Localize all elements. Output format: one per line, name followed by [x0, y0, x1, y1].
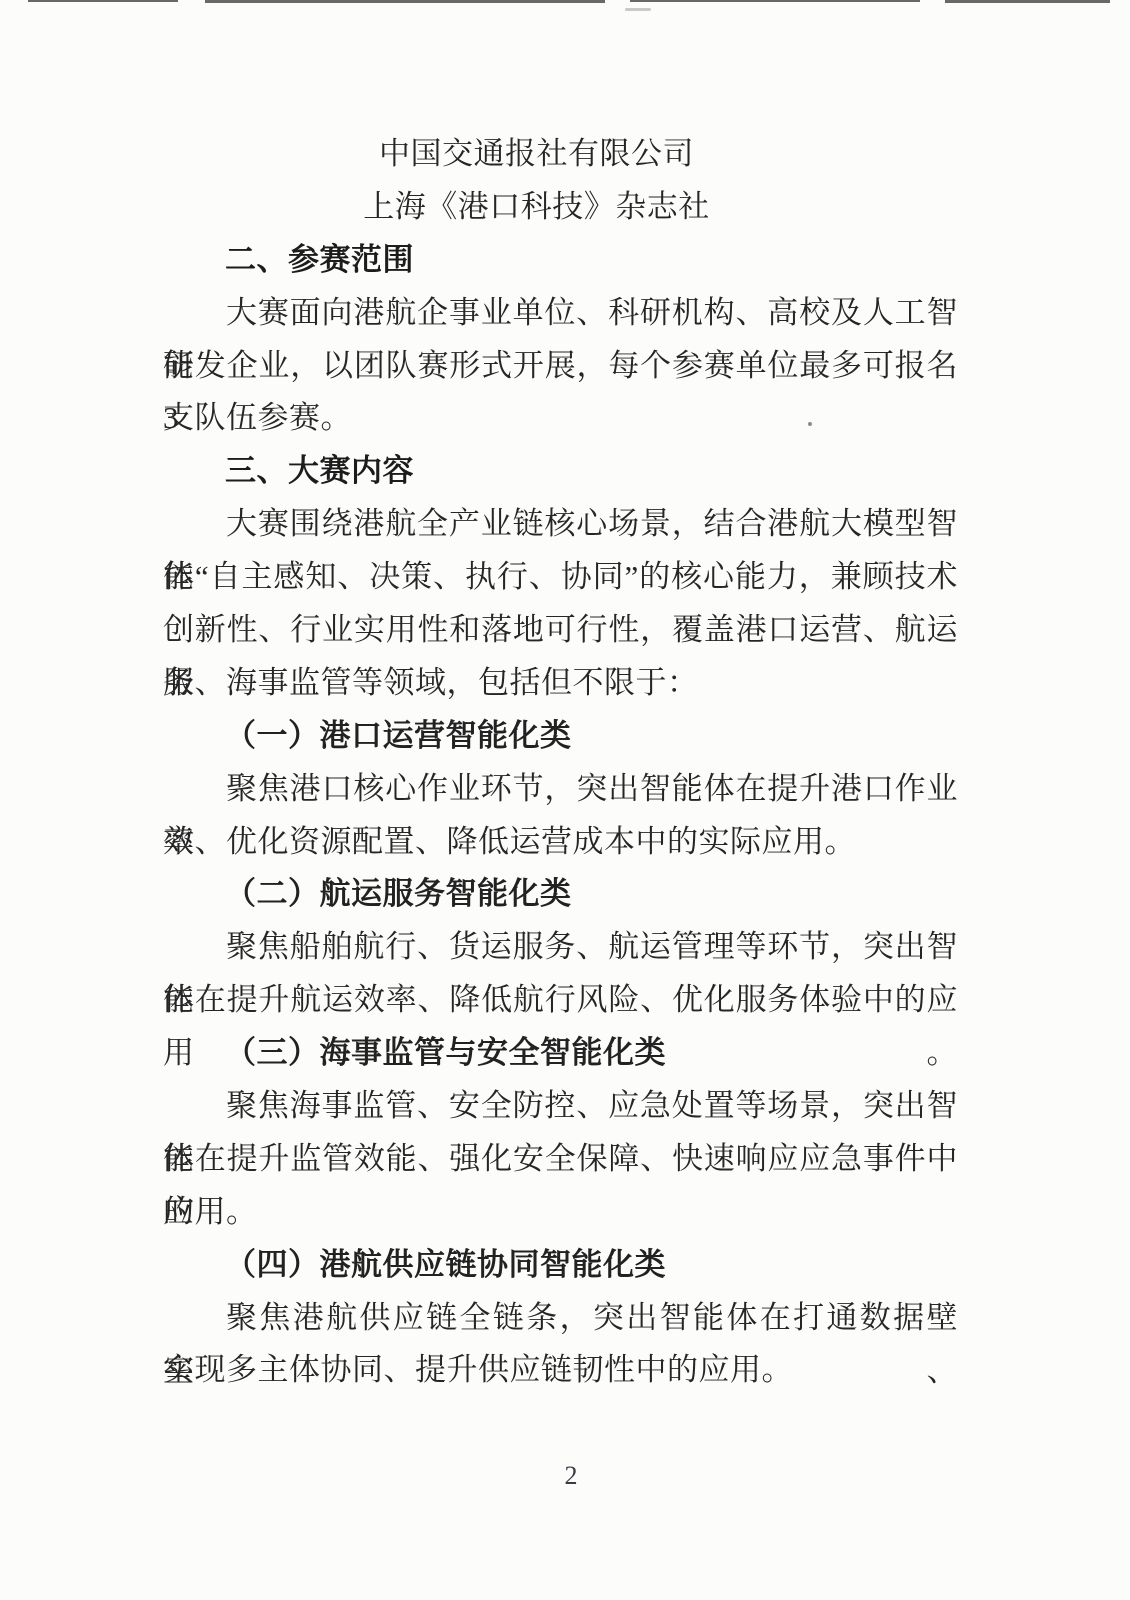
document-body: 中国交通报社有限公司上海《港口科技》杂志社二、参赛范围大赛面向港航企事业单位、科…	[163, 128, 958, 1397]
body-line: 体在提升航运效率、降低航行风险、优化服务体验中的应用。	[163, 974, 958, 1027]
sub-heading: （二）航运服务智能化类	[163, 868, 958, 921]
body-line: 大赛面向港航企事业单位、科研机构、高校及人工智能	[163, 287, 958, 340]
scan-dot-artifact	[808, 422, 812, 426]
body-line: 聚焦船舶航行、货运服务、航运管理等环节，突出智能	[163, 921, 958, 974]
page-number: 2	[6, 1460, 1130, 1492]
organizer-line: 上海《港口科技》杂志社	[139, 181, 934, 234]
body-line: 大赛围绕港航全产业链核心场景，结合港航大模型智能	[163, 498, 958, 551]
body-line: 创新性、行业实用性和落地可行性，覆盖港口运营、航运服	[163, 604, 958, 657]
scan-edge-line	[630, 0, 920, 2]
body-line: 务、海事监管等领域，包括但不限于：	[163, 657, 958, 710]
scan-edge-line	[205, 0, 605, 3]
document-page: 中国交通报社有限公司上海《港口科技》杂志社二、参赛范围大赛面向港航企事业单位、科…	[0, 0, 1130, 1600]
body-line: 研发企业，以团队赛形式开展，每个参赛单位最多可报名 3	[163, 340, 958, 393]
body-line: 应用。	[163, 1186, 958, 1239]
body-line: 支队伍参赛。	[163, 392, 958, 445]
body-line: 体在提升监管效能、强化安全保障、快速响应应急事件中的	[163, 1133, 958, 1186]
body-line: 聚焦港航供应链全链条，突出智能体在打通数据壁垒、	[163, 1292, 958, 1345]
scan-smudge-artifact	[625, 8, 651, 11]
sub-heading: （一）港口运营智能化类	[163, 710, 958, 763]
body-line: 率、优化资源配置、降低运营成本中的实际应用。	[163, 816, 958, 869]
section-heading: 三、大赛内容	[163, 445, 958, 498]
section-heading: 二、参赛范围	[163, 234, 958, 287]
sub-heading: （四）港航供应链协同智能化类	[163, 1239, 958, 1292]
organizer-line: 中国交通报社有限公司	[139, 128, 934, 181]
scan-edge-line	[945, 0, 1110, 3]
body-line: 体“自主感知、决策、执行、协同”的核心能力，兼顾技术	[163, 551, 958, 604]
scan-edge-line	[28, 0, 178, 2]
body-line: 聚焦海事监管、安全防控、应急处置等场景，突出智能	[163, 1080, 958, 1133]
body-line: 聚焦港口核心作业环节，突出智能体在提升港口作业效	[163, 763, 958, 816]
